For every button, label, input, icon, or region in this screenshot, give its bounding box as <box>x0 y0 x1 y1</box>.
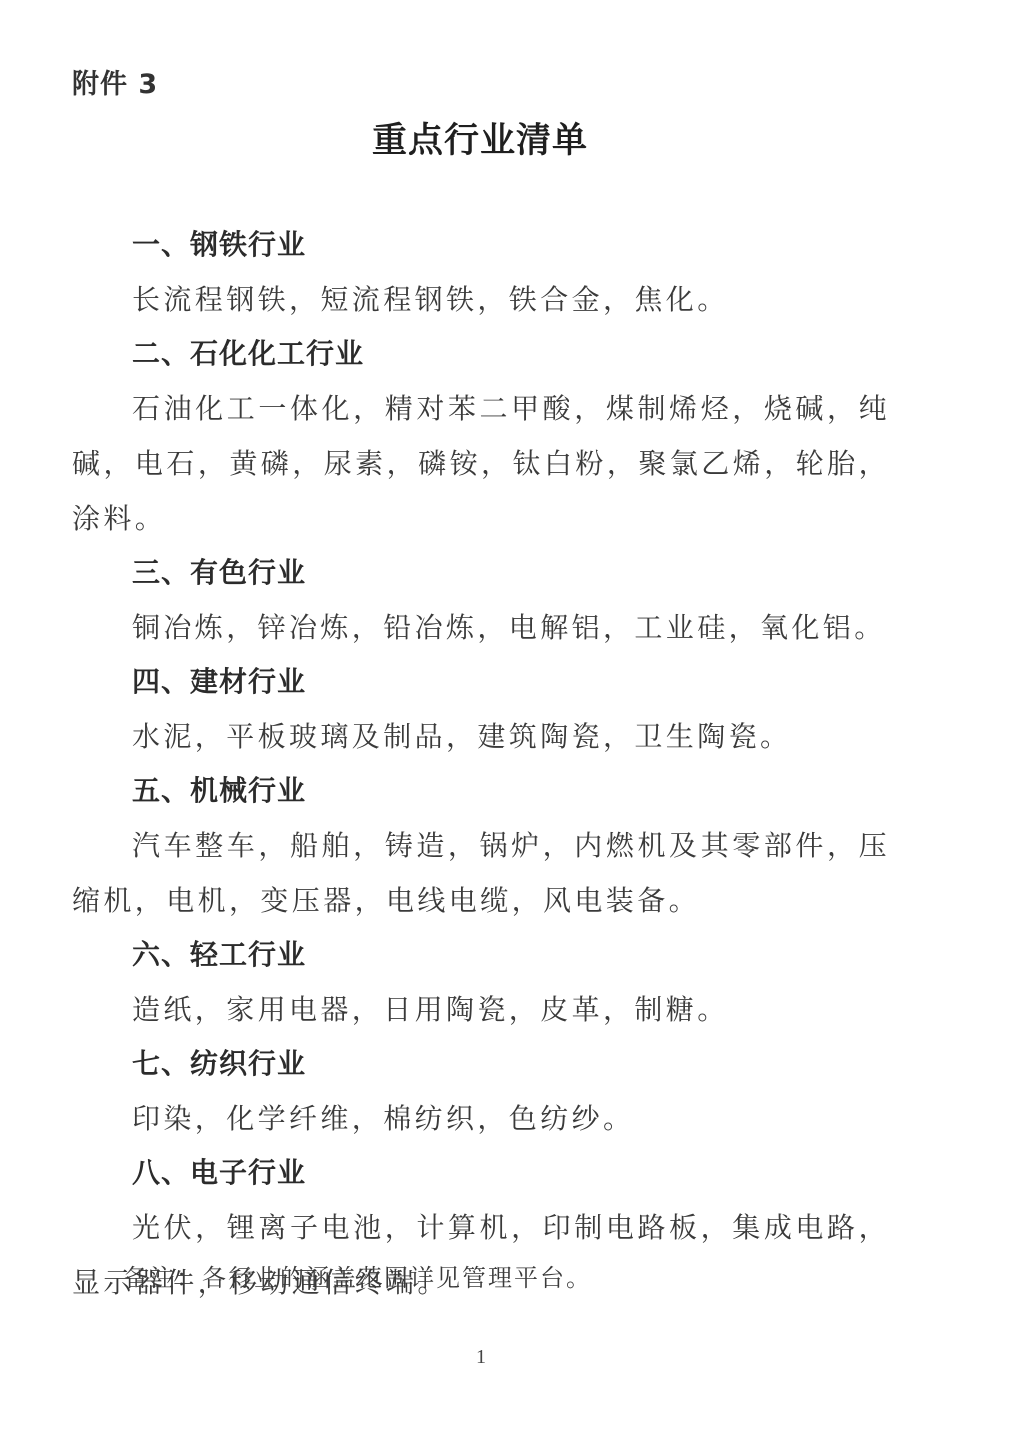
section-heading: 八、电子行业 <box>72 1146 890 1200</box>
section-nonferrous: 三、有色行业 铜冶炼，锌冶炼，铅冶炼，电解铝，工业硅，氧化铝。 <box>72 546 890 655</box>
section-machinery: 五、机械行业 汽车整车，船舶，铸造，锅炉，内燃机及其零部件，压缩机，电机，变压器… <box>72 764 890 928</box>
section-light-industry: 六、轻工行业 造纸，家用电器，日用陶瓷，皮革，制糖。 <box>72 928 890 1037</box>
section-heading: 二、石化化工行业 <box>72 327 890 381</box>
industry-list: 一、钢铁行业 长流程钢铁，短流程钢铁，铁合金，焦化。 二、石化化工行业 石油化工… <box>72 218 890 1310</box>
section-body: 水泥，平板玻璃及制品，建筑陶瓷，卫生陶瓷。 <box>72 709 890 764</box>
document-page: 附件 3 重点行业清单 一、钢铁行业 长流程钢铁，短流程钢铁，铁合金，焦化。 二… <box>0 0 1016 1434</box>
footnote: 备注：各行业的涵盖范围详见管理平台。 <box>124 1258 592 1293</box>
section-heading: 六、轻工行业 <box>72 928 890 982</box>
page-title: 重点行业清单 <box>0 113 960 163</box>
section-body: 造纸，家用电器，日用陶瓷，皮革，制糖。 <box>72 982 890 1037</box>
section-body: 铜冶炼，锌冶炼，铅冶炼，电解铝，工业硅，氧化铝。 <box>72 600 890 655</box>
section-building-materials: 四、建材行业 水泥，平板玻璃及制品，建筑陶瓷，卫生陶瓷。 <box>72 655 890 764</box>
section-body: 光伏，锂离子电池，计算机，印制电路板，集成电路，显示器件，移动通信终端。 <box>72 1200 890 1310</box>
section-heading: 三、有色行业 <box>72 546 890 600</box>
page-number: 1 <box>0 1346 962 1369</box>
section-heading: 七、纺织行业 <box>72 1037 890 1091</box>
section-petrochemical: 二、石化化工行业 石油化工一体化，精对苯二甲酸，煤制烯烃，烧碱，纯碱，电石，黄磷… <box>72 327 890 546</box>
section-body: 长流程钢铁，短流程钢铁，铁合金，焦化。 <box>72 272 890 327</box>
section-body: 石油化工一体化，精对苯二甲酸，煤制烯烃，烧碱，纯碱，电石，黄磷，尿素，磷铵，钛白… <box>72 381 890 546</box>
section-heading: 四、建材行业 <box>72 655 890 709</box>
section-steel: 一、钢铁行业 长流程钢铁，短流程钢铁，铁合金，焦化。 <box>72 218 890 327</box>
section-body: 印染，化学纤维，棉纺织，色纺纱。 <box>72 1091 890 1146</box>
section-textile: 七、纺织行业 印染，化学纤维，棉纺织，色纺纱。 <box>72 1037 890 1146</box>
section-body: 汽车整车，船舶，铸造，锅炉，内燃机及其零部件，压缩机，电机，变压器，电线电缆，风… <box>72 818 890 928</box>
section-heading: 五、机械行业 <box>72 764 890 818</box>
attachment-label: 附件 3 <box>72 62 158 101</box>
section-heading: 一、钢铁行业 <box>72 218 890 272</box>
